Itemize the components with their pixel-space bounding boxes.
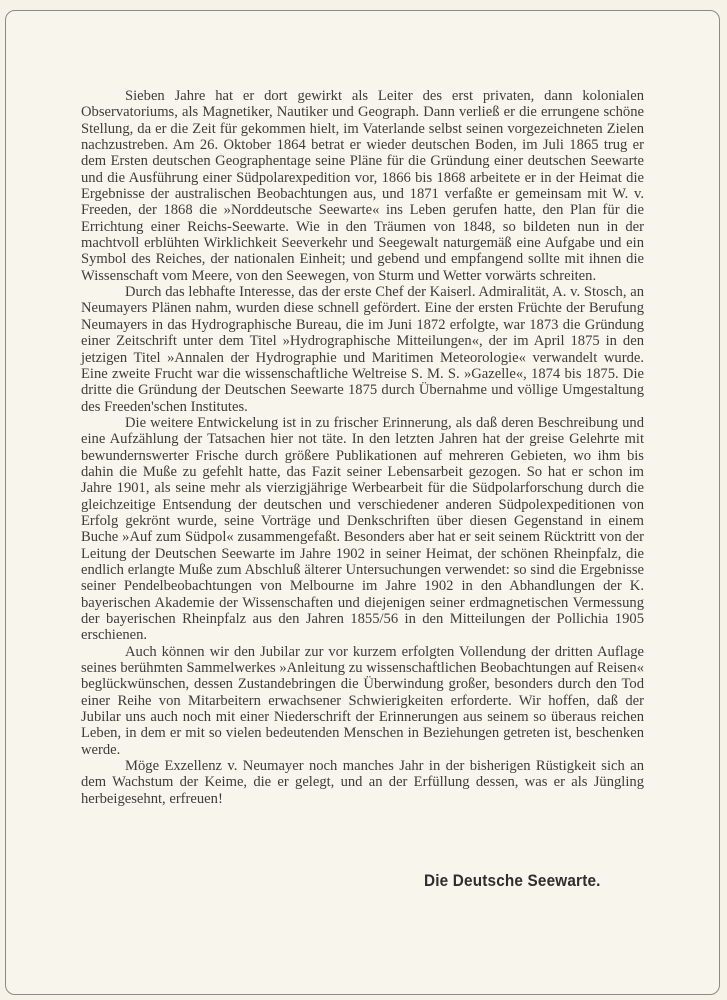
paragraph-3: Die weitere Entwickelung ist in zu frisc… — [81, 415, 644, 644]
paragraph-4: Auch können wir den Jubilar zur vor kurz… — [81, 644, 644, 758]
body-text: Sieben Jahre hat er dort gewirkt als Lei… — [81, 88, 644, 807]
paragraph-2: Durch das lebhafte Interesse, das der er… — [81, 284, 644, 415]
paragraph-1: Sieben Jahre hat er dort gewirkt als Lei… — [81, 88, 644, 284]
signature: Die Deutsche Seewarte. — [424, 871, 601, 891]
paragraph-5: Möge Exzellenz v. Neumayer noch manches … — [81, 758, 644, 807]
